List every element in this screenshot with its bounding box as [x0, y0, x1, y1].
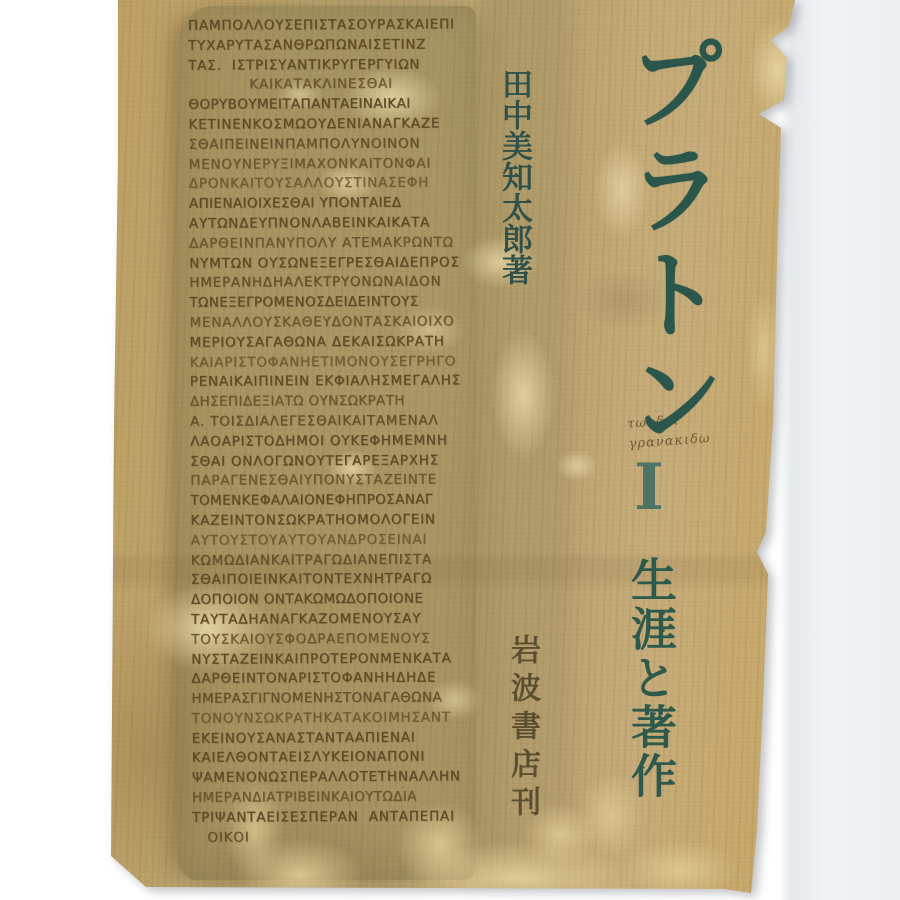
- papyrus-text-line: ΟΙΚΟΙ: [192, 827, 492, 848]
- papyrus-text-line: ΑΥΤΩΝΔΕΥΠΝΟΝΛΑΒΕΙΝΚΑΙΚΑΤΑ: [189, 213, 489, 234]
- publisher-text: 岩波書店刊: [500, 634, 544, 834]
- papyrus-text-line: ΚΕΤΙΝΕΝΚΟΣΜΩΟΥΔΕΝΙΑΝΑΓΚΑΖΕ: [188, 114, 488, 135]
- book-cover-photo: ΠΑΜΠΟΛΛΟΥΣΕΠΙΣΤΑΣΟΥΡΑΣΚΑΙΕΠΙΤΥΧΑΡΥΤΑΣΑΝΘ…: [0, 0, 900, 900]
- papyrus-text-line: ΜΕΡΙΟΥΣΑΓΑΘΩΝΑ ΔΕΚΑΙΣΩΚΡΑΤΗ: [189, 332, 489, 353]
- papyrus-text-line: ΤΑΣ. ΙΣΤΡΙΣΥΑΝΤΙΚΡΥΓΕΡΓΥΙΩΝ: [188, 55, 488, 76]
- papyrus-text-line: ΕΚΕΙΝΟΥΣΑΝΑΣΤΑΝΤΑΑΠΙΕΝΑΙ: [192, 728, 492, 749]
- papyrus-text-line: ΗΜΕΡΑΝΔΙΑΤΡΙΒΕΙΝΚΑΙΟΥΤΩΔΙΑ: [192, 787, 492, 808]
- papyrus-text-line: ΝΥΣΤΑΖΕΙΝΚΑΙΠΡΟΤΕΡΟΝΜΕΝΚΑΤΑ: [191, 649, 491, 670]
- volume-numeral: I: [612, 456, 686, 520]
- papyrus-text-line: ΛΑΟΑΡΙΣΤΟΔΗΜΟΙ ΟΥΚΕΦΗΜΕΜΝΗ: [190, 431, 490, 452]
- papyrus-text-line: ΨΑΜΕΝΟΝΩΣΠΕΡΑΛΛΟΤΕΤΗΝΑΛΛΗΝ: [192, 767, 492, 788]
- papyrus-text-line: ΘΟΡΥΒΟΥΜΕΙΤΑΠΑΝΤΑΕΙΝΑΙΚΑΙ: [188, 94, 488, 115]
- subtitle-text: 生涯と著作: [618, 556, 684, 816]
- papyrus-text-line: ΝΥΜΤΩΝ ΟΥΣΩΝΕΞΕΓΡΕΣΘΑΙΔΕΠΡΟΣ: [189, 253, 489, 274]
- papyrus-text-line: ΚΑΙΚΑΤΑΚΛΙΝΕΣΘΑΙ: [188, 75, 488, 96]
- papyrus-text-line: ΣΘΑΙΠΕΙΝΕΙΝΠΑΜΠΟΛΥΝΟΙΝΟΝ: [188, 134, 488, 155]
- papyrus-text-line: ΗΜΕΡΑΝΗΔΗΑΛΕΚΤΡΥΟΝΩΝΑΙΔΟΝ: [189, 273, 489, 294]
- papyrus-text-line: ΔΡΟΝΚΑΙΤΟΥΣΑΛΛΟΥΣΤΙΝΑΣΕΦΗ: [189, 174, 489, 195]
- papyrus-text-line: ΣΘΑΙ ΟΝΛΟΓΩΝΟΥΤΕΓΑΡΕΞΑΡΧΗΣ: [190, 451, 490, 472]
- papyrus-text-line: ΤΩΝΕΞΕΓΡΟΜΕΝΟΣΔΕΙΔΕΙΝΤΟΥΣ: [189, 292, 489, 313]
- papyrus-text-line: ΡΕΝΑΙΚΑΙΠΙΝΕΙΝ ΕΚΦΙΑΛΗΣΜΕΓΑΛΗΣ: [190, 372, 490, 393]
- papyrus-text-line: ΜΕΝΟΥΝΕΡΥΞΙΜΑΧΟΝΚΑΙΤΟΝΦΑΙ: [189, 154, 489, 175]
- author-text: 田中美知太郎著: [492, 68, 537, 308]
- papyrus-text-line: ΗΜΕΡΑΣΓΙΓΝΟΜΕΝΗΣΤΟΝΑΓΑΘΩΝΑ: [191, 688, 491, 709]
- papyrus-text-line: ΤΟΥΣΚΑΙΟΥΣΦΟΔΡΑΕΠΟΜΕΝΟΥΣ: [191, 629, 491, 650]
- papyrus-text-line: ΤΡΙΨΑΝΤΑΕΙΣΕΣΠΕΡΑΝ ΑΝΤΑΠΕΠΑΙ: [192, 807, 492, 828]
- papyrus-text-line: ΚΑΖΕΙΝΤΟΝΣΩΚΡΑΤΗΟΜΟΛΟΓΕΙΝ: [190, 510, 490, 531]
- papyrus-text-line: ΚΑΙΑΡΙΣΤΟΦΑΝΗΕΤΙΜΟΝΟΥΣΕΓΡΗΓΟ: [190, 352, 490, 373]
- papyrus-text-line: ΔΗΣΕΠΙΔΕΞΙΑΤΩ ΟΥΝΣΩΚΡΑΤΗ: [190, 391, 490, 412]
- papyrus-text-line: ΤΥΧΑΡΥΤΑΣΑΝΘΡΩΠΩΝΑΙΣΕΤΙΝΖ: [188, 35, 488, 56]
- papyrus-text-line: ΤΑΥΤΑΔΗΑΝΑΓΚΑΖΟΜΕΝΟΥΣΑΥ: [191, 609, 491, 630]
- papyrus-text-line: ΑΠΙΕΝΑΙΟΙΧΕΣΘΑΙ ΥΠΟΝΤΑΙΕΔ: [189, 193, 489, 214]
- papyrus-text-line: ΜΕΝΑΛΛΟΥΣΚΑΘΕΥΔΟΝΤΑΣΚΑΙΟΙΧΟ: [189, 312, 489, 333]
- papyrus-text-line: ΚΩΜΩΔΙΑΝΚΑΙΤΡΑΓΩΔΙΑΝΕΠΙΣΤΑ: [191, 550, 491, 571]
- papyrus-text-line: Α. ΤΟΙΣΔΙΑΛΕΓΕΣΘΑΙΚΑΙΤΑΜΕΝΑΛ: [190, 411, 490, 432]
- papyrus-text-line: ΤΟΜΕΝΚΕΦΑΛΑΙΟΝΕΦΗΠΡΟΣΑΝΑΓ: [190, 490, 490, 511]
- papyrus-text-line: ΣΘΑΙΠΟΙΕΙΝΚΑΙΤΟΝΤΕΧΝΗΤΡΑΓΩ: [191, 570, 491, 591]
- book-title: プラトン: [598, 34, 738, 474]
- papyrus-manuscript: ΠΑΜΠΟΛΛΟΥΣΕΠΙΣΤΑΣΟΥΡΑΣΚΑΙΕΠΙΤΥΧΑΡΥΤΑΣΑΝΘ…: [188, 15, 492, 848]
- papyrus-text-line: ΠΑΡΑΓΕΝΕΣΘΑΙΥΠΟΝΥΣΤΑΖΕΙΝΤΕ: [190, 471, 490, 492]
- papyrus-text-line: ΔΟΠΟΙΟΝ ΟΝΤΑΚΩΜΩΔΟΠΟΙΟΝΕ: [191, 589, 491, 610]
- papyrus-text-line: ΠΑΜΠΟΛΛΟΥΣΕΠΙΣΤΑΣΟΥΡΑΣΚΑΙΕΠΙ: [188, 15, 488, 36]
- book-cover: ΠΑΜΠΟΛΛΟΥΣΕΠΙΣΤΑΣΟΥΡΑΣΚΑΙΕΠΙΤΥΧΑΡΥΤΑΣΑΝΘ…: [0, 0, 900, 900]
- book-photo-wrapper: ΠΑΜΠΟΛΛΟΥΣΕΠΙΣΤΑΣΟΥΡΑΣΚΑΙΕΠΙΤΥΧΑΡΥΤΑΣΑΝΘ…: [0, 0, 900, 900]
- papyrus-text-line: ΔΑΡΘΕΙΝΠΑΝΥΠΟΛΥ ΑΤΕΜΑΚΡΩΝΤΩ: [189, 233, 489, 254]
- papyrus-text-line: ΚΑΙΕΛΘΟΝΤΑΕΙΣΛΥΚΕΙΟΝΑΠΟΝΙ: [192, 748, 492, 769]
- papyrus-text-line: ΤΟΝΟΥΝΣΩΚΡΑΤΗΚΑΤΑΚΟΙΜΗΣΑΝΤ: [191, 708, 491, 729]
- papyrus-text-line: ΔΑΡΘΕΙΝΤΟΝΑΡΙΣΤΟΦΑΝΗΗΔΗΔΕ: [191, 669, 491, 690]
- papyrus-text-line: ΑΥΤΟΥΣΤΟΥΑΥΤΟΥΑΝΔΡΟΣΕΙΝΑΙ: [191, 530, 491, 551]
